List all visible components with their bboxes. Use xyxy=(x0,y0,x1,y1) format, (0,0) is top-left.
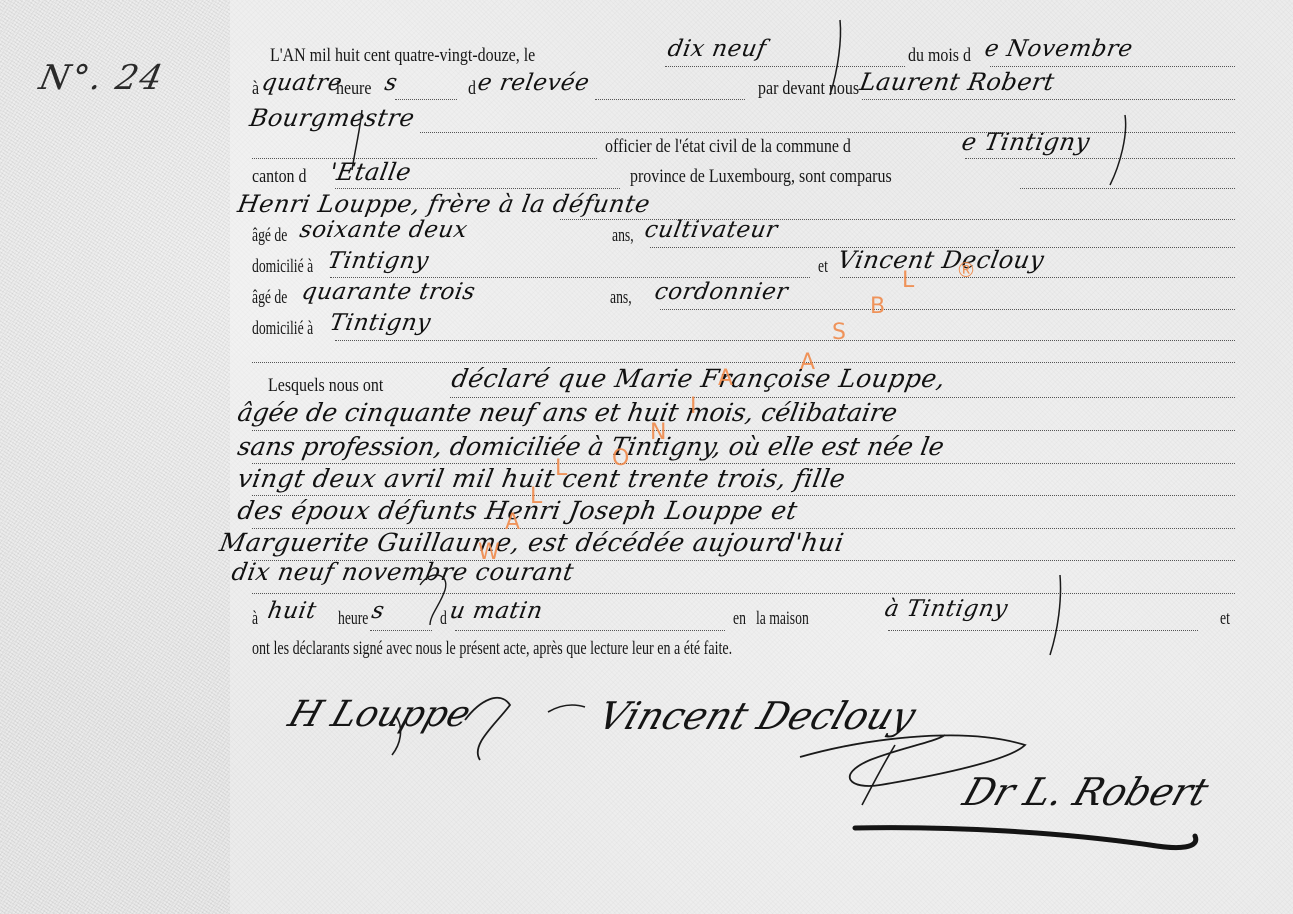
watermark-letter: L xyxy=(530,484,542,509)
watermark-letter: A xyxy=(505,510,520,535)
watermark-letter: L xyxy=(902,268,914,293)
watermark-letter: O xyxy=(612,446,629,471)
watermark-registered-mark: ® xyxy=(956,258,976,282)
watermark-letter: I xyxy=(690,394,697,419)
watermark-letter: W xyxy=(478,540,500,565)
document-page: N°. 24 L'AN mil huit cent quatre-vingt-d… xyxy=(0,0,1293,914)
pen-flourishes xyxy=(0,0,1293,914)
watermark-letter: S xyxy=(832,320,846,345)
watermark-letter: B xyxy=(870,294,885,319)
watermark-letter: A xyxy=(800,350,815,375)
watermark-letter: L xyxy=(555,456,567,481)
watermark-letter: N xyxy=(650,420,666,445)
watermark-letter: A xyxy=(718,366,733,391)
